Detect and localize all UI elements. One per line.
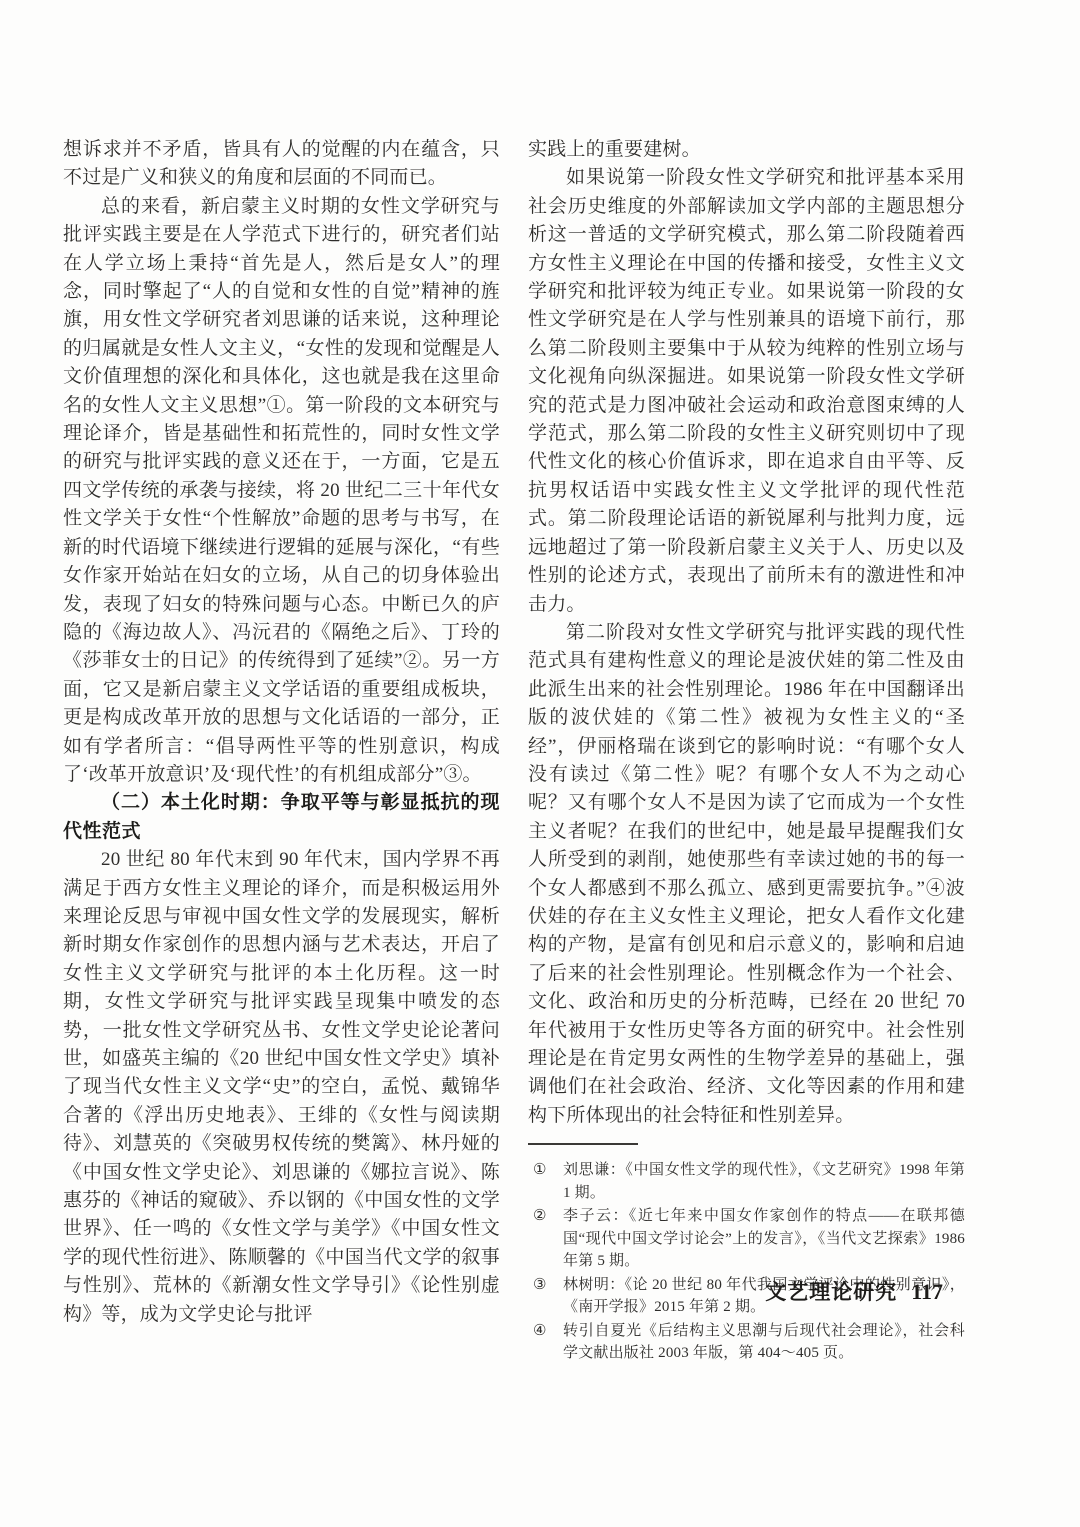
paragraph: 想诉求并不矛盾，皆具有人的觉醒的内在蕴含，只不过是广义和狭义的角度和层面的不同而… (63, 136, 500, 193)
paragraph: 如果说第一阶段女性文学研究和批评基本采用社会历史维度的外部解读加文学内部的主题思… (528, 164, 965, 619)
journal-footer: 文艺理论研究117 (528, 1276, 965, 1306)
footnote-item: ① 刘思谦：《中国女性文学的现代性》，《文艺研究》1998 年第 1 期。 (528, 1159, 965, 1204)
footnote-section: ① 刘思谦：《中国女性文学的现代性》，《文艺研究》1998 年第 1 期。 ② … (528, 1143, 965, 1365)
footnote-text: 刘思谦：《中国女性文学的现代性》，《文艺研究》1998 年第 1 期。 (563, 1159, 965, 1204)
footnote-marker: ② (528, 1205, 563, 1273)
footnote-text: 转引自夏光《后结构主义思潮与后现代社会理论》，社会科学文献出版社 2003 年版… (563, 1320, 965, 1365)
journal-name: 文艺理论研究 (765, 1281, 897, 1304)
left-column: 想诉求并不矛盾，皆具有人的觉醒的内在蕴含，只不过是广义和狭义的角度和层面的不同而… (63, 136, 500, 1329)
footnote-item: ② 李子云：《近七年来中国女作家创作的特点——在联邦德国“现代中国文学讨论会”上… (528, 1205, 965, 1273)
paragraph: 20 世纪 80 年代末到 90 年代末，国内学界不再满足于西方女性主义理论的译… (63, 846, 500, 1329)
paragraph: 总的来看，新启蒙主义时期的女性文学研究与批评实践主要是在人学范式下进行的，研究者… (63, 193, 500, 790)
journal-page: 想诉求并不矛盾，皆具有人的觉醒的内在蕴含，只不过是广义和狭义的角度和层面的不同而… (0, 0, 1080, 1527)
section-heading: （二）本土化时期：争取平等与彰显抵抗的现代性范式 (63, 789, 500, 846)
footnote-list: ① 刘思谦：《中国女性文学的现代性》，《文艺研究》1998 年第 1 期。 ② … (528, 1159, 965, 1365)
paragraph: 第二阶段对女性文学研究与批评实践的现代性范式具有建构性意义的理论是波伏娃的第二性… (528, 619, 965, 1130)
right-column: 实践上的重要建树。 如果说第一阶段女性文学研究和批评基本采用社会历史维度的外部解… (528, 136, 965, 1366)
footnote-marker: ④ (528, 1320, 563, 1365)
footnote-item: ④ 转引自夏光《后结构主义思潮与后现代社会理论》，社会科学文献出版社 2003 … (528, 1320, 965, 1365)
footnote-marker: ① (528, 1159, 563, 1204)
page-number: 117 (911, 1279, 943, 1304)
paragraph: 实践上的重要建树。 (528, 136, 965, 164)
footnote-separator (528, 1143, 638, 1145)
footnote-text: 李子云：《近七年来中国女作家创作的特点——在联邦德国“现代中国文学讨论会”上的发… (563, 1205, 965, 1273)
